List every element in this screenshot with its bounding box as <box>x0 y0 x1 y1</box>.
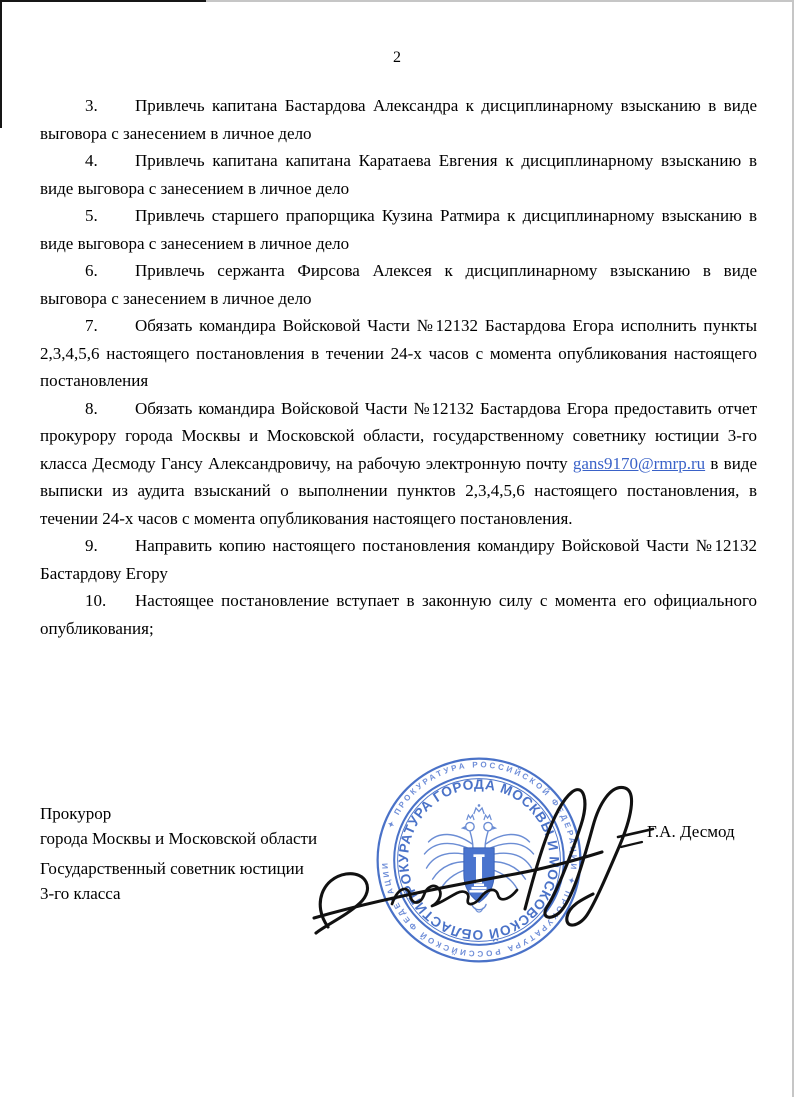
item-number: 5. <box>85 202 135 230</box>
item-number: 8. <box>85 395 135 423</box>
item-number: 3. <box>85 92 135 120</box>
signatory-title-line: Государственный советник юстиции <box>40 856 317 881</box>
signatory-title-line: города Москвы и Московской области <box>40 826 317 851</box>
page-number: 2 <box>0 49 794 67</box>
handwritten-signature <box>300 775 660 955</box>
paragraph-item: 7.Обязать командира Войсковой Части №121… <box>40 312 757 395</box>
signatory-title-block: Прокурор города Москвы и Московской обла… <box>40 801 317 906</box>
signatory-title-line: Прокурор <box>40 801 317 826</box>
paragraph-item: 6.Привлечь сержанта Фирсова Алексея к ди… <box>40 257 757 312</box>
item-number: 9. <box>85 532 135 560</box>
item-number: 4. <box>85 147 135 175</box>
paragraph-item: 9.Направить копию настоящего постановлен… <box>40 532 757 587</box>
email-link[interactable]: gans9170@rmrp.ru <box>573 454 705 473</box>
paragraph-item: 8.Обязать командира Войсковой Части №121… <box>40 395 757 533</box>
paragraph-item: 10.Настоящее постановление вступает в за… <box>40 587 757 642</box>
signatory-title-line: 3-го класса <box>40 881 317 906</box>
signatory-name: Г.А. Десмод <box>647 822 735 842</box>
item-number: 7. <box>85 312 135 340</box>
item-number: 10. <box>85 587 135 615</box>
item-number: 6. <box>85 257 135 285</box>
document-page: 2 3.Привлечь капитана Бастардова Алексан… <box>0 0 794 1097</box>
page-border-top-dark <box>0 0 206 2</box>
document-body: 3.Привлечь капитана Бастардова Александр… <box>40 92 757 642</box>
paragraph-item: 3.Привлечь капитана Бастардова Александр… <box>40 92 757 147</box>
paragraph-item: 4.Привлечь капитана капитана Каратаева Е… <box>40 147 757 202</box>
paragraph-item: 5.Привлечь старшего прапорщика Кузина Ра… <box>40 202 757 257</box>
